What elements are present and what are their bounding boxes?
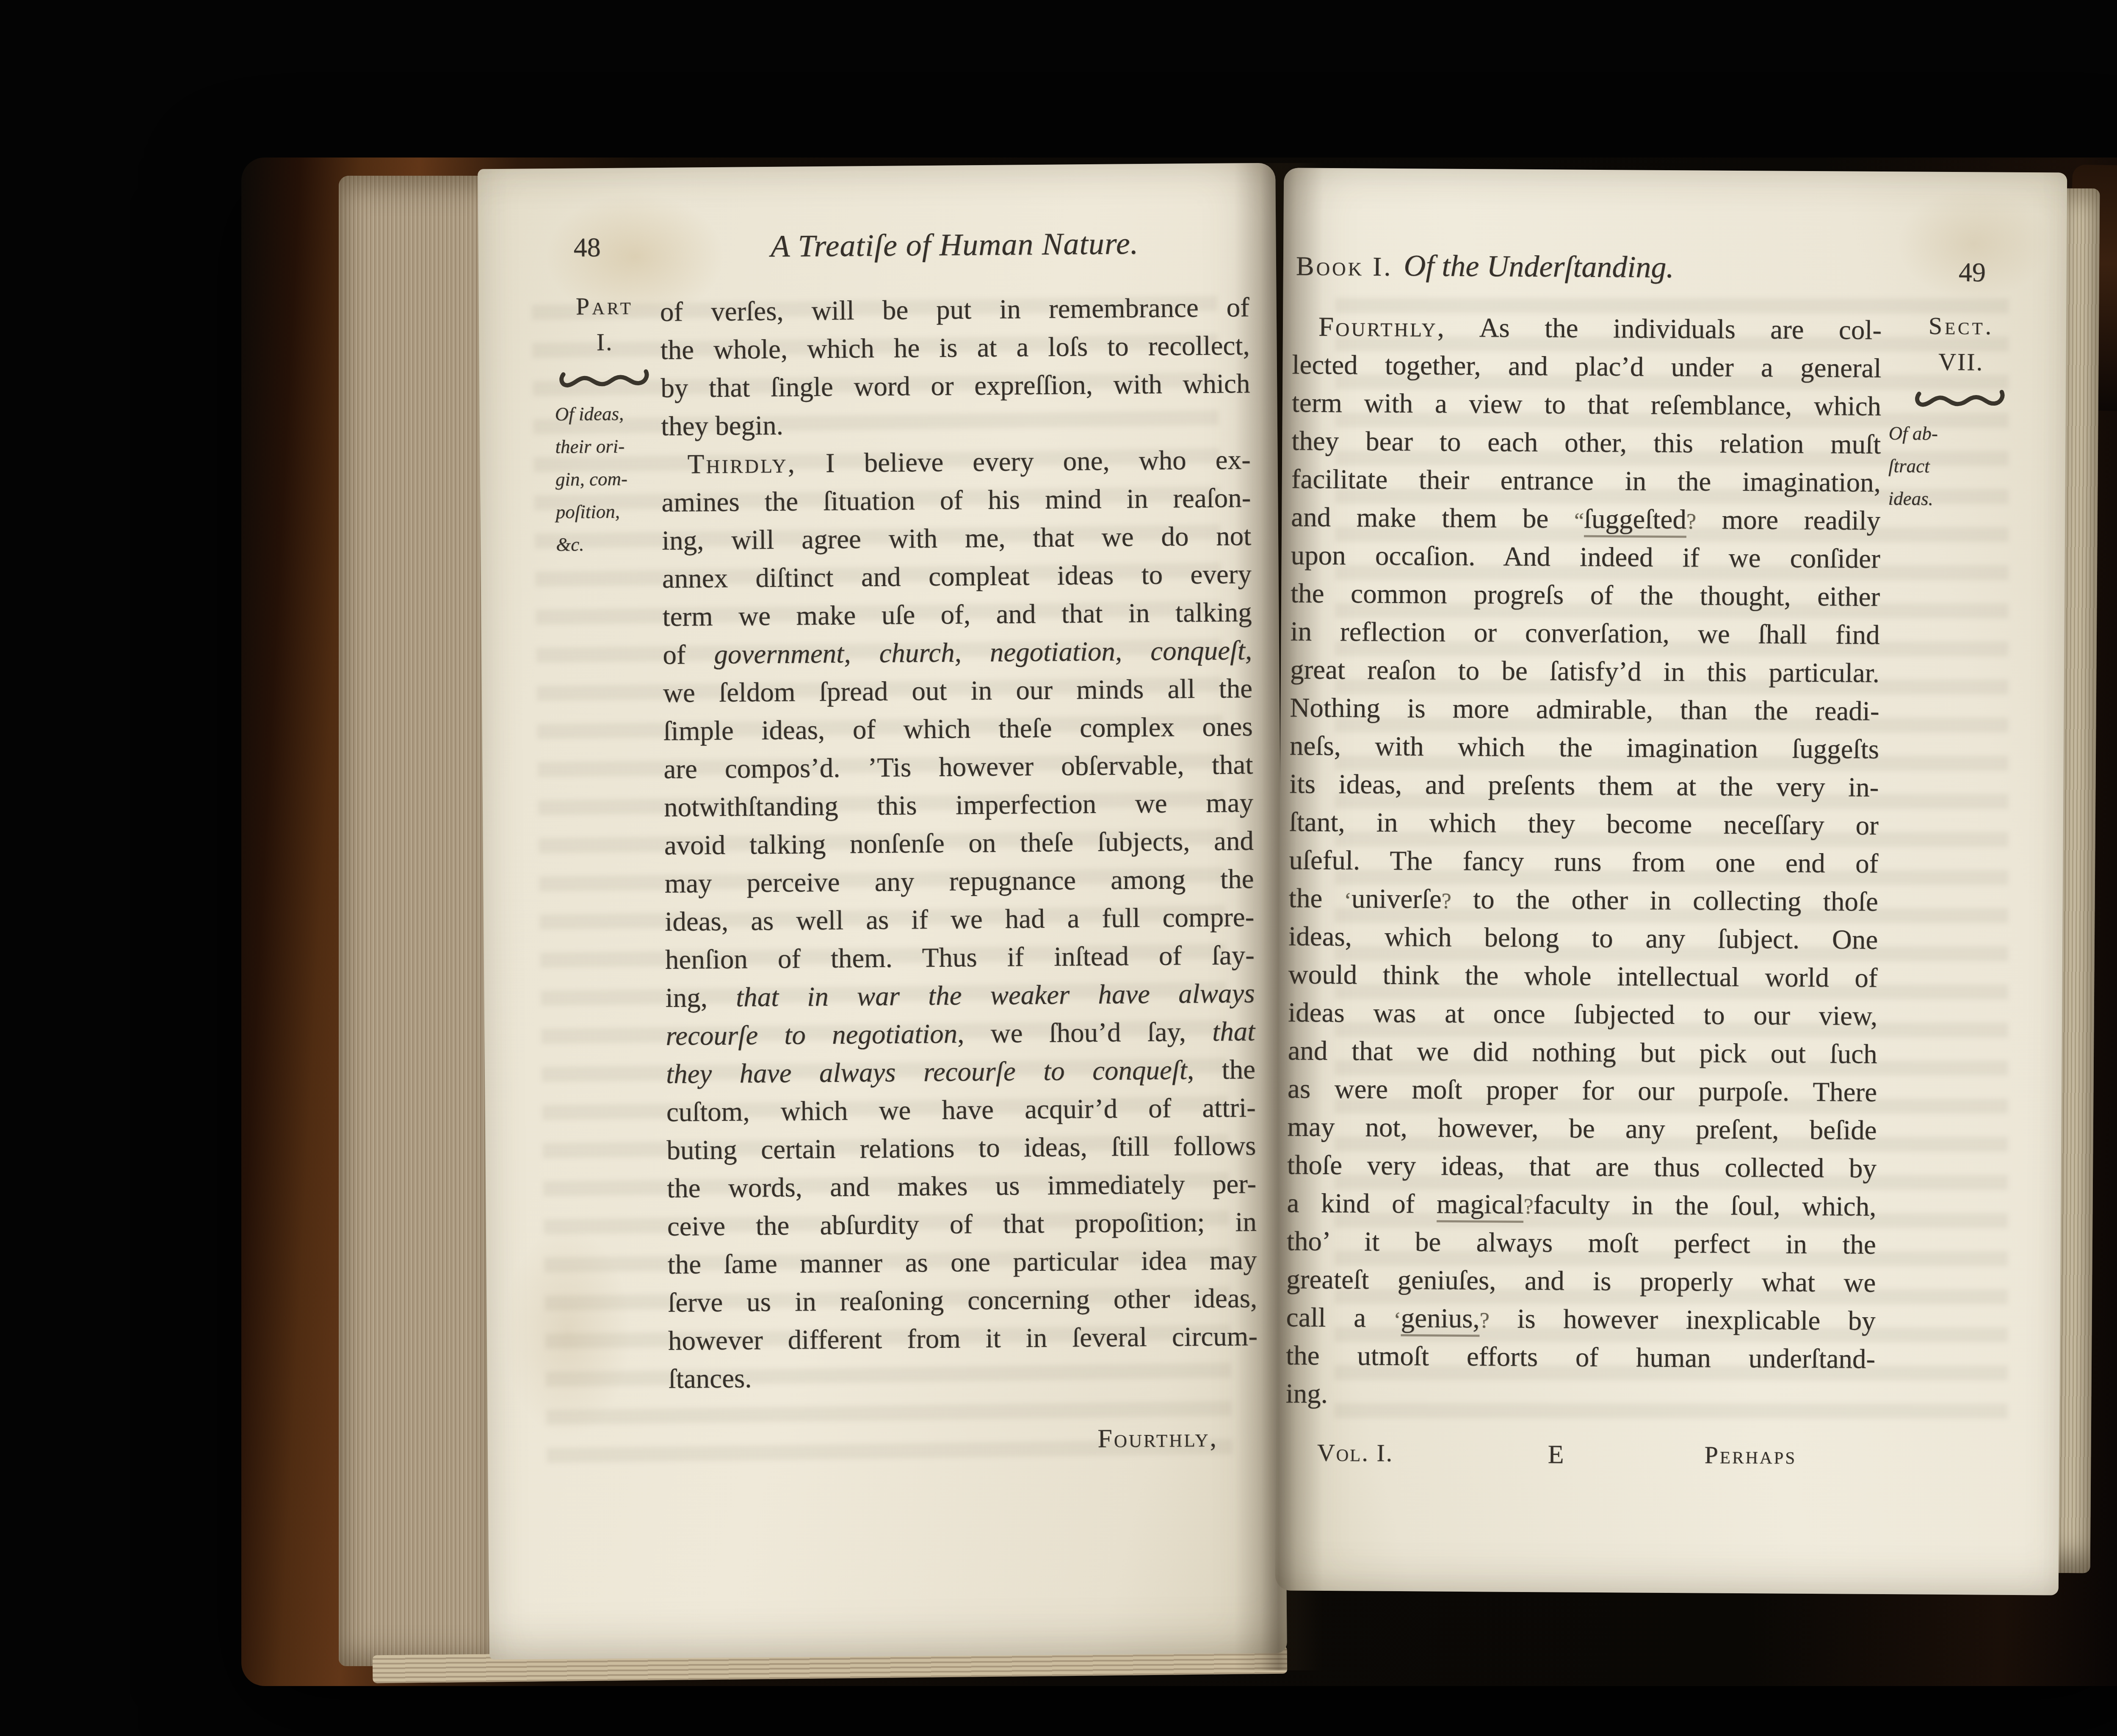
right-page: Book I.Of the Underſtanding. 49 Sect. VI…	[1275, 168, 2067, 1595]
left-page-body-text: of verſes, will be put in remembrance of…	[660, 288, 1258, 1398]
gutter-shadow	[1234, 163, 1323, 1670]
right-margin-note-text: Of ab-ſtractideas.	[1888, 417, 2032, 516]
volume-label: Vol. I.	[1317, 1438, 1394, 1467]
right-running-title: Of the Underſtanding.	[1404, 249, 1674, 284]
right-page-number: 49	[1959, 257, 1986, 288]
signature-mark: E	[1548, 1440, 1564, 1470]
open-book-photo: 48 A Treatiſe of Human Nature. Part I. O…	[0, 0, 2117, 1736]
left-running-title: A Treatiſe of Human Nature.	[660, 225, 1249, 265]
right-margin-notes: Sect. VII. Of ab-ſtractideas.	[1888, 311, 2033, 516]
right-catchword: Perhaps	[1705, 1441, 1797, 1470]
left-page-stack-fore-edge	[339, 176, 497, 1666]
left-catchword-row: Fourthly,	[669, 1423, 1259, 1457]
right-running-title-row: Book I.Of the Underſtanding.	[1296, 248, 1931, 287]
right-page-footer: Vol. I. E Perhaps	[1285, 1438, 1875, 1480]
left-catchword: Fourthly,	[1097, 1424, 1218, 1453]
squiggle-rule-icon	[1913, 387, 2009, 413]
sect-numeral: VII.	[1889, 347, 2033, 376]
part-label: Part	[554, 291, 655, 321]
paper-stain	[503, 1227, 632, 1439]
squiggle-rule-icon	[557, 367, 653, 394]
left-margin-notes: Part I. Of ideas,their ori-gin, com-poſi…	[554, 291, 657, 561]
left-page-number: 48	[573, 232, 601, 263]
right-page-body-text: Fourthly, As the individuals are col-lec…	[1285, 308, 1882, 1416]
left-page: 48 A Treatiſe of Human Nature. Part I. O…	[478, 163, 1287, 1660]
sect-label: Sect.	[1889, 311, 2033, 340]
part-numeral: I.	[554, 327, 655, 357]
torn-endpaper-strip	[311, 182, 340, 1664]
left-margin-note-text: Of ideas,their ori-gin, com-poſition,&c.	[555, 397, 657, 561]
